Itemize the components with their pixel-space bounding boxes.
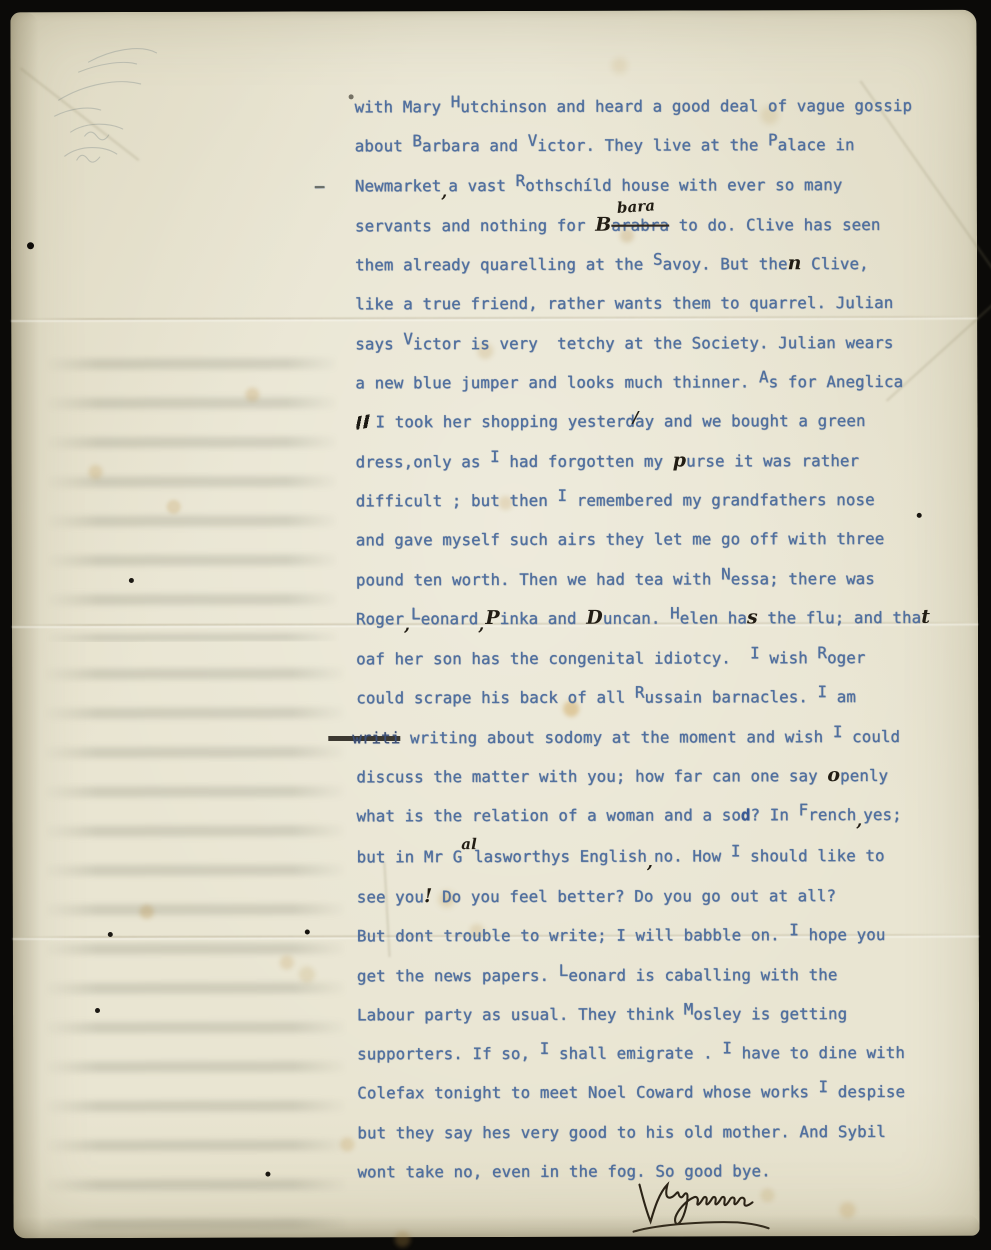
letter-line: get the news papers. Leonard is caballin… xyxy=(357,954,977,995)
letter-paper: with Mary Hutchinson and heard a good de… xyxy=(10,10,979,1239)
mark-sup: I xyxy=(750,633,760,672)
typed-text: pound ten worth. Then we had tea with xyxy=(356,569,721,589)
typed-text: hope you xyxy=(799,925,886,944)
typed-text: wish xyxy=(760,648,818,667)
letter-line: what is the relation of a woman and a so… xyxy=(356,795,976,837)
typed-text: uncan. xyxy=(603,608,670,627)
letter-line: them already quarelling at the Savoy. Bu… xyxy=(355,244,975,285)
letter-line: Roger,Leonard,Pinka and Duncan. Helen ha… xyxy=(356,598,976,640)
typed-text: elen ha xyxy=(680,608,747,627)
mark-hand: P xyxy=(485,607,499,629)
typed-text: should like to xyxy=(740,846,884,865)
foxing-stains xyxy=(10,12,22,24)
letter-line: and gave myself such airs they let me go… xyxy=(356,519,976,560)
mark-sup: V xyxy=(403,319,413,358)
typed-text: y and we bought a green xyxy=(645,411,866,431)
typed-text: despise xyxy=(828,1082,905,1101)
letter-line: pound ten worth. Then we had tea with Ne… xyxy=(356,558,976,599)
typed-text: Labour party as usual. They think xyxy=(357,1004,684,1024)
typed-text: shall emigrate . xyxy=(549,1044,722,1063)
mark-sup: F xyxy=(799,791,809,830)
letter-line: a new blue jumper and looks much thinner… xyxy=(355,362,975,403)
letter-line: see you! Do you feel better? Do you go o… xyxy=(357,876,977,917)
typed-text: to do. Clive has seen xyxy=(669,215,880,235)
typed-text: othschíld house with ever so many xyxy=(525,175,842,195)
typed-text: and gave myself such airs they let me go… xyxy=(356,529,885,549)
typed-text: supporters. If so, xyxy=(357,1044,540,1063)
letter-line: with Mary Hutchinson and heard a good de… xyxy=(355,86,975,127)
typed-text: could scrape his back of all xyxy=(356,688,635,708)
mark-sup: R xyxy=(817,633,827,672)
typed-text: yes; xyxy=(863,805,902,824)
mark-sup: R xyxy=(635,673,645,712)
typed-text: s for Aneglica xyxy=(769,372,904,391)
letter-line: oaf her son has the congenital idiotcy. … xyxy=(356,638,976,679)
typed-text: Do you feel better? Do you go out at all… xyxy=(432,886,836,906)
typed-text: But dont trouble to write; I will babble… xyxy=(357,925,790,945)
verso-showthrough xyxy=(42,651,349,1237)
letter-line: says Victor is very tetchy at the Societ… xyxy=(355,323,975,364)
typed-text: says xyxy=(355,334,403,353)
pencil-scribble xyxy=(18,24,178,174)
typed-text: remembered my grandfathers nose xyxy=(567,490,875,510)
letter-line: supporters. If so, I shall emigrate . I … xyxy=(357,1033,977,1074)
mark-sup: I xyxy=(557,476,567,515)
letter-line: but they say hes very good to his old mo… xyxy=(357,1111,977,1152)
letter-line: Colefax tonight to meet Noel Coward whos… xyxy=(357,1072,977,1113)
typed-text: could xyxy=(842,727,900,746)
mark-sup: I xyxy=(722,1029,732,1068)
typed-text: arbara and xyxy=(422,136,528,155)
mark-hand: B xyxy=(595,214,611,236)
handwritten-correction: bara xyxy=(616,186,657,228)
typed-text: eonard xyxy=(421,609,479,628)
typed-text: osley is getting xyxy=(693,1004,847,1023)
letter-line: I took her shopping yesterda∕y and we bo… xyxy=(355,401,975,442)
typed-text: dress,only as xyxy=(356,452,491,471)
letter-line: –Newmarket,a vast Rothschíld house with … xyxy=(355,164,975,206)
mark-hand: D xyxy=(586,607,603,629)
mark-sup: V xyxy=(528,121,538,160)
typed-text: but in Mr G xyxy=(357,847,463,866)
typed-text: inka and xyxy=(500,609,587,628)
letter-line: about Barbara and Victor. They live at t… xyxy=(355,125,975,166)
typed-text: rench xyxy=(808,805,856,824)
mark-handsup: al xyxy=(461,825,477,864)
mark-sup: A xyxy=(759,357,769,396)
mark-scrib xyxy=(354,414,373,430)
mark-sup: I xyxy=(817,673,827,712)
typed-text: them already quarelling at the xyxy=(355,255,653,275)
mark-sup: P xyxy=(768,121,778,160)
letter-line: like a true friend, rather wants them to… xyxy=(355,283,975,324)
mark-hand: t xyxy=(921,606,930,628)
typed-text: writing about sodomy at the moment and w… xyxy=(400,727,833,747)
mark-sup: H xyxy=(451,82,461,121)
letter-line: but in Mr Gallasworthys English,no. How … xyxy=(357,835,977,877)
typed-text: a new blue jumper and looks much thinner… xyxy=(355,372,759,392)
typed-text: oaf her son has the congenital idiotcy. xyxy=(356,648,750,668)
typed-text: I took her shopping yesterda xyxy=(375,412,644,432)
typed-text: Newmarket xyxy=(355,176,442,195)
letter-line: could scrape his back of all Russain bar… xyxy=(356,677,976,718)
typed-text: see you xyxy=(357,887,424,906)
typed-text: eonard is caballing with the xyxy=(568,965,837,985)
typed-text: ? In xyxy=(751,806,799,825)
typed-text: discuss the matter with you; how far can… xyxy=(356,766,827,786)
letter-line: servants and nothing for Barabrabara to … xyxy=(355,205,975,246)
mark-sup: N xyxy=(721,554,731,593)
mark-sup: L xyxy=(411,594,421,633)
letter-line: Labour party as usual. They think Mosley… xyxy=(357,994,977,1035)
mark-sup: H xyxy=(670,593,680,632)
mark-hand: p xyxy=(673,449,686,471)
typed-text: urse it was rather xyxy=(686,451,859,470)
mark-sup: I xyxy=(789,910,799,949)
mark-b: d xyxy=(741,806,751,825)
typed-text: no. How xyxy=(654,846,731,865)
typed-text: but they say hes very good to his old mo… xyxy=(357,1122,886,1142)
typed-text: am xyxy=(827,688,856,707)
typed-text: have to dine with xyxy=(732,1043,905,1062)
verso-showthrough xyxy=(44,341,340,642)
typed-text: get the news papers. xyxy=(357,965,559,985)
typed-text: with Mary xyxy=(355,97,451,116)
letter-line: discuss the matter with you; how far can… xyxy=(356,756,976,797)
mark-hand: s xyxy=(747,606,758,628)
typed-text: penly xyxy=(840,766,888,785)
mark-sup: I xyxy=(490,437,500,476)
typed-text: the flu; and tha xyxy=(758,608,921,627)
typed-text: alace in xyxy=(778,135,855,154)
typed-text: Colefax tonight to meet Noel Coward whos… xyxy=(357,1083,818,1103)
mark-sup: S xyxy=(653,240,663,279)
signature-virginia xyxy=(625,1176,775,1236)
typed-text: ussain barnacles. xyxy=(645,688,818,707)
typed-text: servants and nothing for xyxy=(355,216,595,236)
letter-line: But dont trouble to write; I will babble… xyxy=(357,915,977,956)
ink-specks xyxy=(4,6,7,9)
mark-sup: M xyxy=(684,989,694,1028)
typed-text: about xyxy=(355,137,413,156)
mark-sup: B xyxy=(412,121,422,160)
typed-text: ictor. They live at the xyxy=(537,136,768,156)
scan-background: with Mary Hutchinson and heard a good de… xyxy=(0,0,991,1250)
typed-text: a vast xyxy=(448,176,515,195)
typed-text: Clive, xyxy=(801,254,868,273)
mark-sup: L xyxy=(559,950,569,989)
letter-body: with Mary Hutchinson and heard a good de… xyxy=(355,86,978,1192)
mark-hand: o xyxy=(827,764,840,786)
typed-text: what is the relation of a woman and a so xyxy=(356,806,740,826)
mark-hand: n xyxy=(788,252,802,274)
typed-text: ictor is very tetchy at the Society. Jul… xyxy=(413,333,894,353)
letter-line: dress,only as I had forgotten my purse i… xyxy=(356,440,976,481)
mark-strike2: writi xyxy=(328,718,400,757)
typed-text: utchinson and heard a good deal of vague… xyxy=(460,96,912,116)
mark-sup: I xyxy=(540,1029,550,1068)
typed-text: essa; there was xyxy=(731,569,875,588)
mark-sup: I xyxy=(731,831,741,870)
letter-line: difficult ; but then I remembered my gra… xyxy=(356,480,976,521)
mark-sup: R xyxy=(516,161,526,200)
typed-text: avoy. But the xyxy=(663,254,788,273)
typed-text: lasworthys English xyxy=(474,846,647,865)
typed-text: like a true friend, rather wants them to… xyxy=(355,293,893,313)
mark-sup: I xyxy=(833,712,843,751)
typed-text: Roger xyxy=(356,609,404,628)
typed-text: oger xyxy=(827,648,866,667)
mark-hand: ! xyxy=(424,885,433,907)
letter-line: writi writing about sodomy at the moment… xyxy=(352,716,976,757)
typed-text: difficult ; but then xyxy=(356,491,558,511)
mark-sup: I xyxy=(818,1068,828,1107)
typed-text: had forgotten my xyxy=(500,451,673,470)
